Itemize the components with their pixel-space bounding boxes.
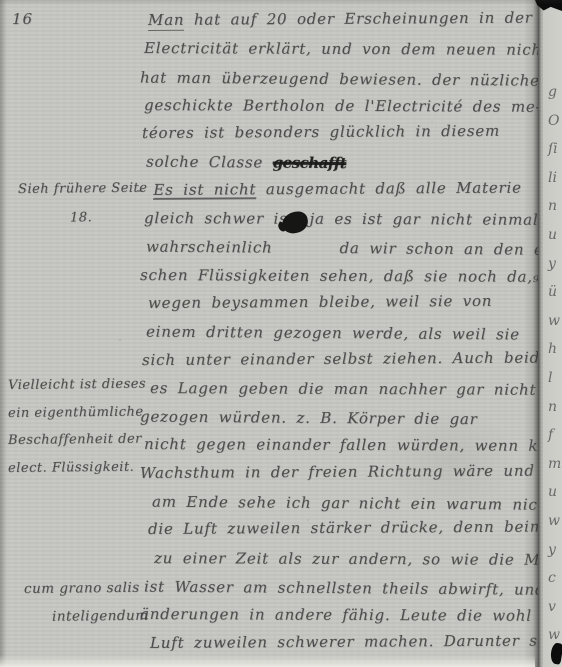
facing-page-text-fragment: h	[543, 335, 562, 364]
facing-page-text-fragment: c	[543, 564, 562, 593]
line-text: zu einer Zeit als zur andern, so wie die…	[154, 549, 538, 569]
main-text-block: Man hat auf 20 oder Erscheinungen in der…	[138, 6, 538, 657]
line-text: änderungen in andere fähig. Leute die wo…	[140, 605, 538, 625]
line-text: nicht gegen einander fallen würden, wenn…	[144, 435, 538, 455]
facing-page-text-fragment: n	[543, 393, 562, 422]
page-edge-shadow-left	[0, 0, 7, 667]
line-text: einem dritten gezogen werde, als weil si…	[146, 323, 520, 344]
line-text: wegen beysammen bleibe, weil sie von	[148, 292, 492, 312]
line-text: ausgemacht daß alle Materie	[256, 178, 522, 198]
line-text: Wachsthum in der freien Richtung wäre un…	[140, 461, 535, 481]
margin-note-line: Vielleicht ist dieses	[8, 371, 146, 400]
margin-note-see-page-18: Sieh frühere Seite 18.	[18, 176, 147, 233]
margin-note-line: inteligendum	[24, 602, 149, 631]
manuscript-line: hat man überzeugend bewiesen. der nüzlic…	[138, 63, 538, 94]
line-text: die Luft zuweilen stärker drücke, denn b…	[148, 518, 538, 538]
line-text: Luft zuweilen schwerer machen. Darunter …	[150, 631, 538, 651]
page-edge-shadow-top	[0, 0, 562, 5]
manuscript-line: Man hat auf 20 oder Erscheinungen in der…	[138, 6, 538, 34]
manuscript-line: téores ist besonders glücklich in diesem	[138, 117, 538, 148]
line-text: gezogen würden. z. B. Körper die gar	[140, 408, 478, 429]
margin-note-line: ein eigenthümliche	[8, 398, 146, 427]
line-text: am Ende sehe ich gar nicht ein warum nic…	[152, 493, 538, 514]
page-number: 16	[12, 10, 33, 28]
line-text: gleich schwer ist, ja es ist gar nicht e…	[144, 209, 538, 229]
line-text: es Lagen geben die man nachher gar nicht	[150, 379, 536, 399]
facing-page-text-fragment: ſi	[543, 135, 562, 164]
line-text: hat auf 20 oder Erscheinungen in der Nat…	[184, 8, 538, 29]
facing-page-text-fragment: n	[543, 192, 562, 221]
margin-note-line: Beschaffenheit der	[8, 426, 146, 455]
line-text: geschickte Bertholon de l'Electricité de…	[144, 96, 538, 116]
manuscript-line: die Luft zuweilen stärker drücke, denn b…	[138, 513, 538, 544]
manuscript-line: wegen beysammen bleibe, weil sie von	[138, 287, 538, 318]
line-text: solche Classe	[146, 153, 273, 172]
facing-page-text-fragment: f	[543, 421, 562, 450]
underlined-word: Man	[148, 11, 184, 31]
manuscript-line: änderungen in andere fähig. Leute die wo…	[138, 600, 538, 630]
manuscript-line: — Es ist nicht ausgemacht daß alle Mater…	[138, 173, 538, 204]
manuscript-line: wahrscheinlich da wir schon an den elast…	[138, 233, 538, 264]
facing-page-text-fragment: u	[543, 478, 562, 507]
line-text: hat man überzeugend bewiesen. der nüzlic…	[140, 68, 538, 89]
margin-note-line: Sieh frühere Seite	[18, 175, 148, 204]
manuscript-scan: 16 Sieh frühere Seite 18. Vielleicht ist…	[0, 0, 562, 667]
facing-page-text-fragment: w	[543, 507, 562, 536]
margin-note-electric-fluid: Vielleicht ist dieses ein eigenthümliche…	[8, 372, 146, 482]
facing-page-text-fragment: l	[543, 364, 562, 393]
facing-page-edge: g O ſi li n u y ü w h l n f m u w y c v …	[543, 0, 562, 667]
margin-note-line: elect. Flüssigkeit.	[8, 453, 146, 482]
facing-page-text-fragment: y	[543, 536, 562, 565]
underlined-phrase: Es ist nicht	[153, 180, 256, 200]
manuscript-line: es Lagen geben die man nachher gar nicht	[138, 374, 538, 404]
manuscript-line: Electricität erklärt, und von dem neuen …	[138, 34, 538, 64]
facing-page-text-fragment: v	[543, 593, 562, 622]
facing-page-text-fragment: g	[543, 78, 562, 107]
facing-page-text-fragment: y	[543, 250, 562, 279]
facing-page-text-fragment: li	[543, 164, 562, 193]
facing-page-text-fragment: w	[543, 307, 562, 336]
line-text: wahrscheinlich da wir schon an den elast…	[146, 238, 538, 259]
facing-page-text-fragment: m	[543, 450, 562, 479]
line-text: ist Wasser am schnellsten theils abwirft…	[144, 577, 538, 598]
facing-page-text-fragment: u	[543, 221, 562, 250]
line-text: schen Flüssigkeiten sehen, daß sie noch …	[140, 266, 538, 286]
manuscript-line: sich unter einander selbst ziehen. Auch …	[138, 343, 538, 374]
line-text: sich unter einander selbst ziehen. Auch …	[142, 348, 538, 368]
margin-note-line: cum grano salis	[24, 575, 149, 604]
manuscript-line: Wachsthum in der freien Richtung wäre un…	[138, 456, 538, 487]
struck-word: geschafft	[273, 154, 347, 173]
manuscript-line: Luft zuweilen schwerer machen. Darunter …	[138, 626, 538, 657]
manuscript-line: zu einer Zeit als zur andern, so wie die…	[138, 544, 538, 574]
line-text: —	[138, 181, 153, 199]
margin-note-line: 18.	[18, 202, 148, 232]
margin-note-cum-grano-salis: cum grano salis inteligendum	[24, 576, 149, 631]
line-text: téores ist besonders glücklich in diesem	[142, 122, 500, 142]
manuscript-line: ist Wasser am schnellsten theils abwirft…	[138, 572, 538, 603]
facing-page-text-fragment: O	[543, 107, 562, 136]
line-text: Electricität erklärt, und von dem neuen …	[144, 39, 538, 59]
facing-page-text-fragment: ü	[543, 278, 562, 307]
manuscript-line: gleich schwer ist, ja es ist gar nicht e…	[138, 204, 538, 234]
